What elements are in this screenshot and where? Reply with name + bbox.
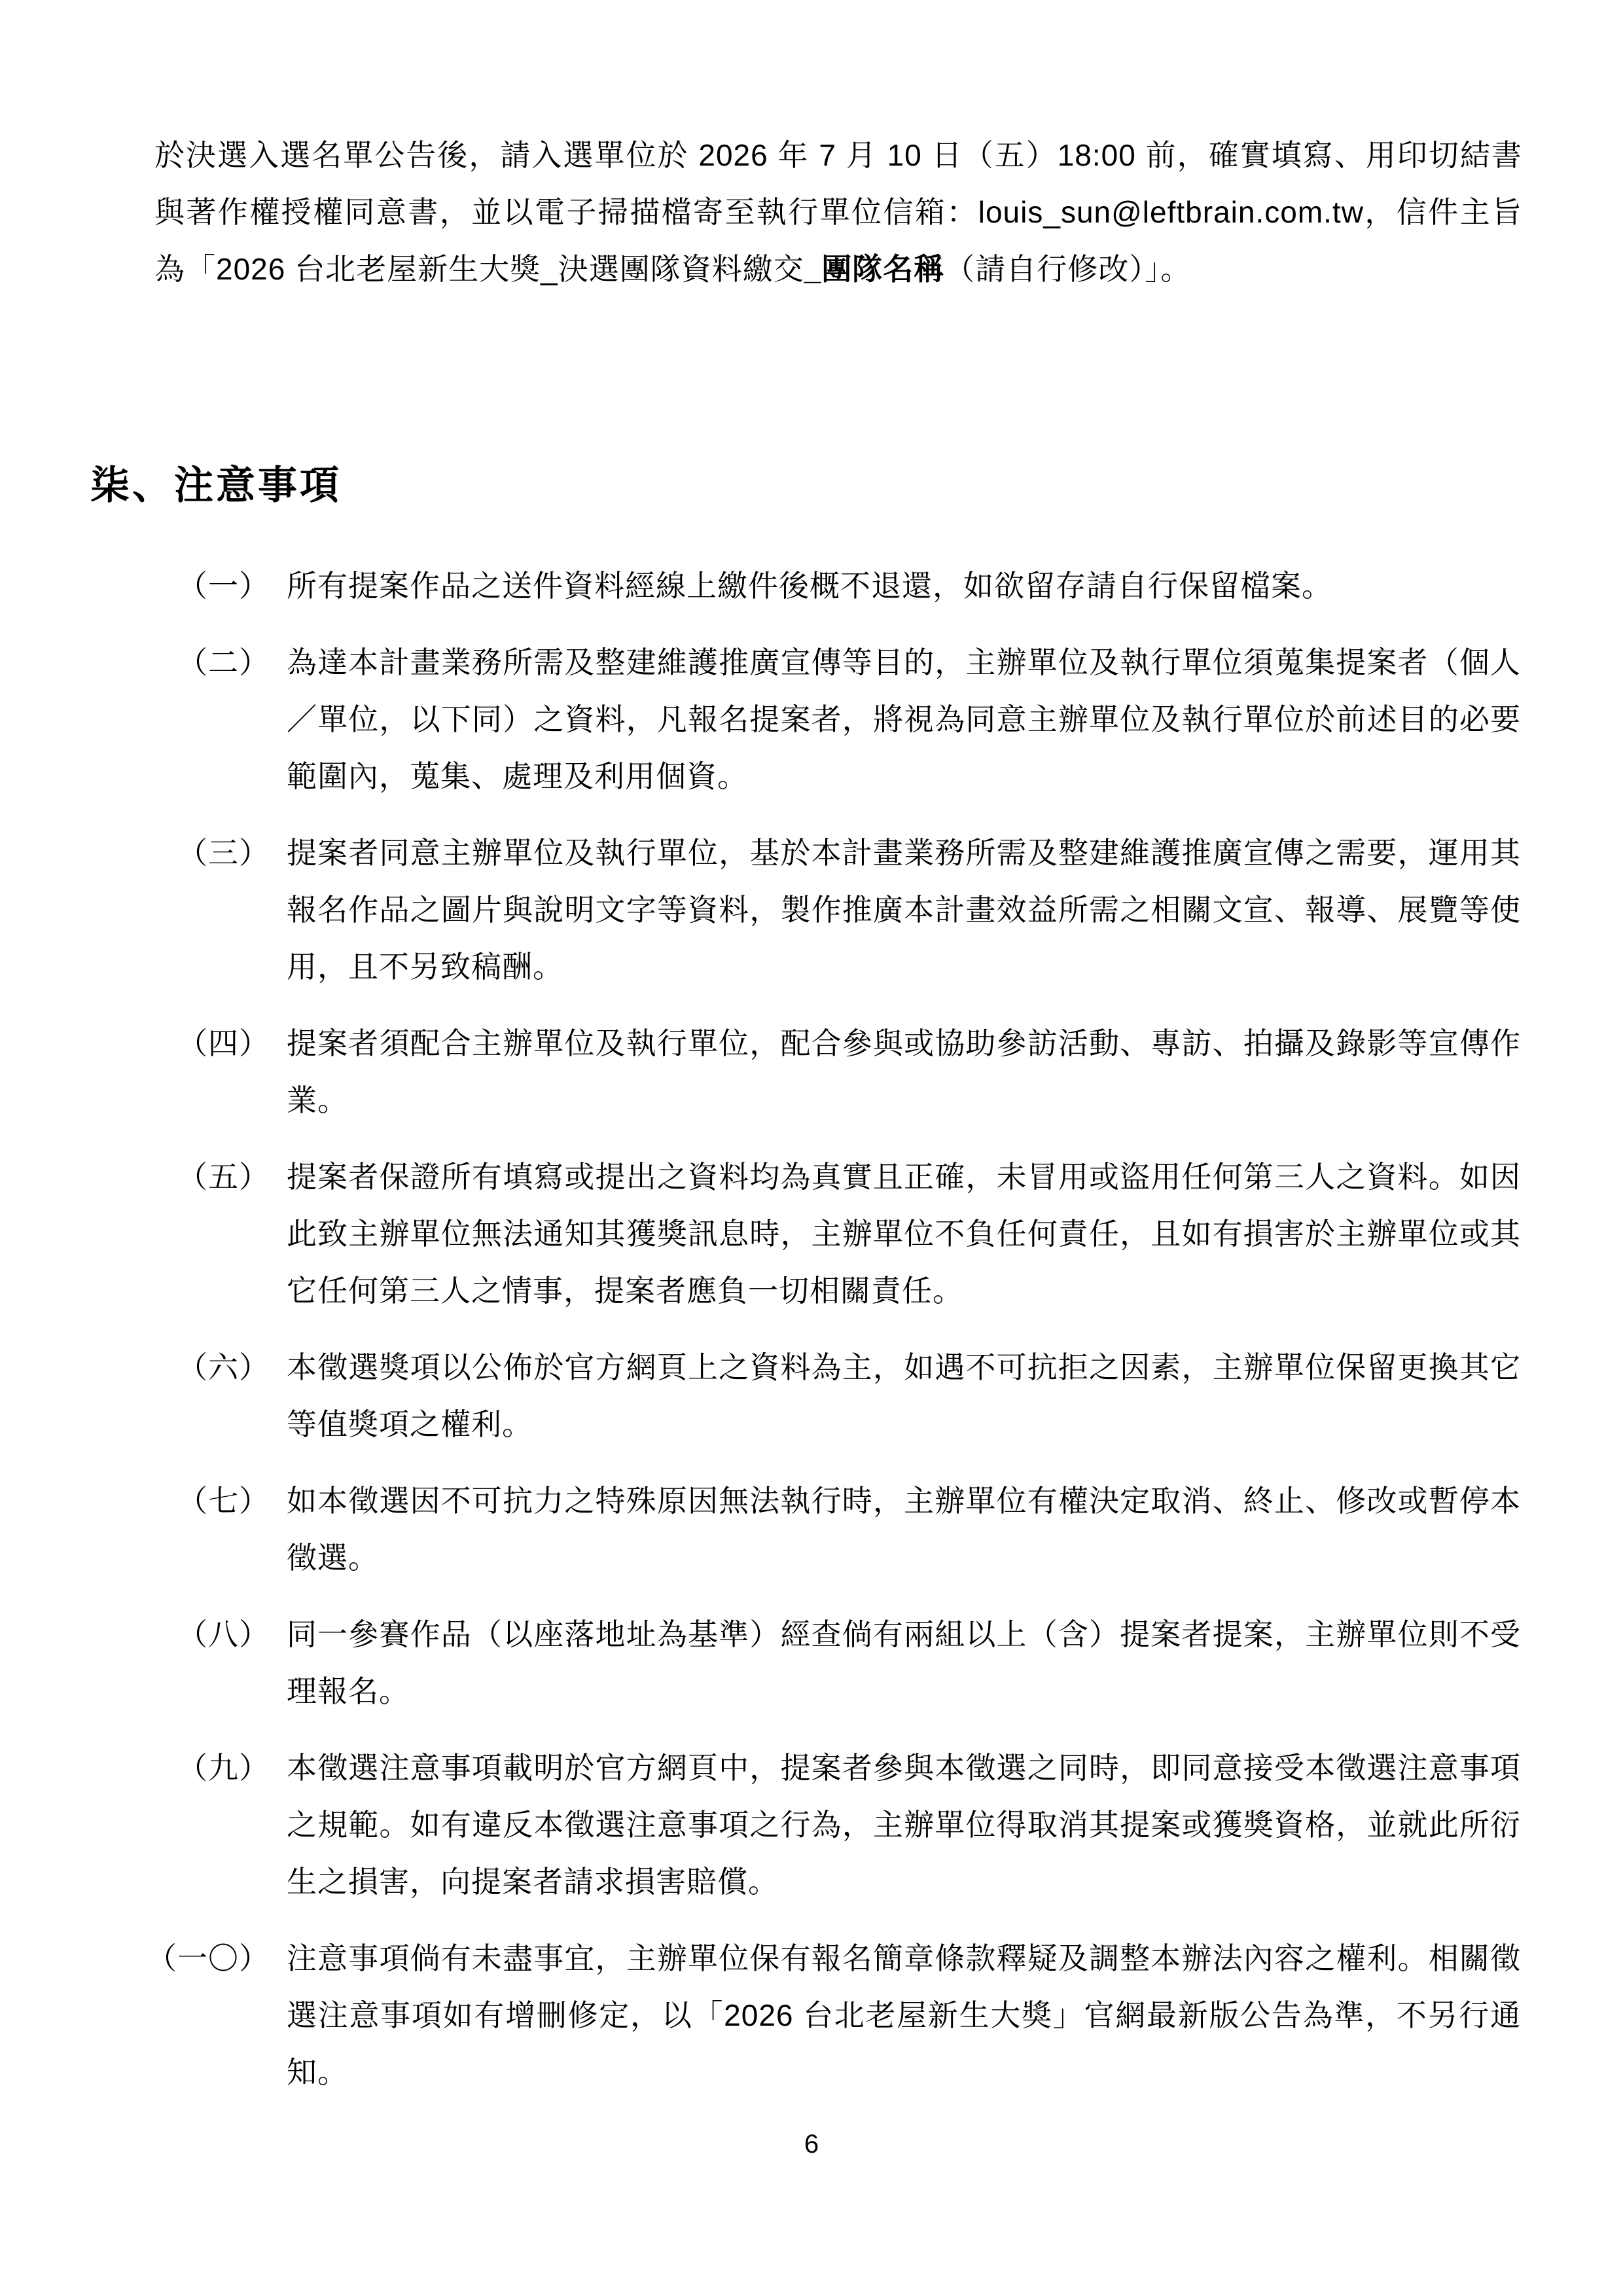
- document-page: 於決選入選名單公告後，請入選單位於 2026 年 7 月 10 日（五）18:0…: [0, 0, 1623, 2296]
- item-text: 本徵選獎項以公佈於官方網頁上之資料為主，如遇不可抗拒之因素，主辦單位保留更換其它…: [287, 1339, 1521, 1453]
- intro-text-regular-tail: （請自行修改）」。: [944, 252, 1191, 286]
- item-text: 提案者須配合主辦單位及執行單位，配合參與或協助參訪活動、專訪、拍攝及錄影等宣傳作…: [287, 1015, 1521, 1129]
- list-item: （一〇） 注意事項倘有未盡事宜，主辦單位保有報名簡章條款釋疑及調整本辦法內容之權…: [0, 1930, 1623, 2101]
- section-heading: 柒、注意事項: [90, 459, 342, 512]
- item-label: （七）: [0, 1473, 270, 1530]
- item-label: （一〇）: [0, 1930, 270, 1987]
- intro-paragraph: 於決選入選名單公告後，請入選單位於 2026 年 7 月 10 日（五）18:0…: [154, 127, 1522, 298]
- item-text: 提案者同意主辦單位及執行單位，基於本計畫業務所需及整建維護推廣宣傳之需要，運用其…: [287, 825, 1521, 996]
- item-text: 如本徵選因不可抗力之特殊原因無法執行時，主辦單位有權決定取消、終止、修改或暫停本…: [287, 1473, 1521, 1587]
- item-label: （六）: [0, 1339, 270, 1396]
- item-label: （一）: [0, 558, 270, 615]
- item-text: 提案者保證所有填寫或提出之資料均為真實且正確，未冒用或盜用任何第三人之資料。如因…: [287, 1149, 1521, 1319]
- list-item: （四） 提案者須配合主辦單位及執行單位，配合參與或協助參訪活動、專訪、拍攝及錄影…: [0, 1015, 1623, 1129]
- list-item: （一） 所有提案作品之送件資料經線上繳件後概不退還，如欲留存請自行保留檔案。: [0, 558, 1623, 615]
- item-label: （五）: [0, 1149, 270, 1206]
- item-text: 注意事項倘有未盡事宜，主辦單位保有報名簡章條款釋疑及調整本辦法內容之權利。相關徵…: [287, 1930, 1521, 2101]
- item-label: （八）: [0, 1606, 270, 1663]
- list-item: （五） 提案者保證所有填寫或提出之資料均為真實且正確，未冒用或盜用任何第三人之資…: [0, 1149, 1623, 1319]
- list-item: （三） 提案者同意主辦單位及執行單位，基於本計畫業務所需及整建維護推廣宣傳之需要…: [0, 825, 1623, 996]
- item-label: （三）: [0, 825, 270, 882]
- list-item: （七） 如本徵選因不可抗力之特殊原因無法執行時，主辦單位有權決定取消、終止、修改…: [0, 1473, 1623, 1587]
- item-label: （九）: [0, 1740, 270, 1797]
- item-text: 本徵選注意事項載明於官方網頁中，提案者參與本徵選之同時，即同意接受本徵選注意事項…: [287, 1740, 1521, 1910]
- list-item: （六） 本徵選獎項以公佈於官方網頁上之資料為主，如遇不可抗拒之因素，主辦單位保留…: [0, 1339, 1623, 1453]
- list-item: （二） 為達本計畫業務所需及整建維護推廣宣傳等目的，主辦單位及執行單位須蒐集提案…: [0, 634, 1623, 805]
- item-text: 為達本計畫業務所需及整建維護推廣宣傳等目的，主辦單位及執行單位須蒐集提案者（個人…: [287, 634, 1521, 805]
- list-item: （九） 本徵選注意事項載明於官方網頁中，提案者參與本徵選之同時，即同意接受本徵選…: [0, 1740, 1623, 1910]
- list-item: （八） 同一參賽作品（以座落地址為基準）經查倘有兩組以上（含）提案者提案，主辦單…: [0, 1606, 1623, 1720]
- item-text: 所有提案作品之送件資料經線上繳件後概不退還，如欲留存請自行保留檔案。: [287, 558, 1521, 615]
- notice-list: （一） 所有提案作品之送件資料經線上繳件後概不退還，如欲留存請自行保留檔案。 （…: [0, 558, 1623, 2121]
- intro-text-team-name-bold: _團隊名稱: [804, 252, 945, 286]
- page-number: 6: [0, 2128, 1623, 2160]
- item-label: （四）: [0, 1015, 270, 1072]
- item-label: （二）: [0, 634, 270, 691]
- item-text: 同一參賽作品（以座落地址為基準）經查倘有兩組以上（含）提案者提案，主辦單位則不受…: [287, 1606, 1521, 1720]
